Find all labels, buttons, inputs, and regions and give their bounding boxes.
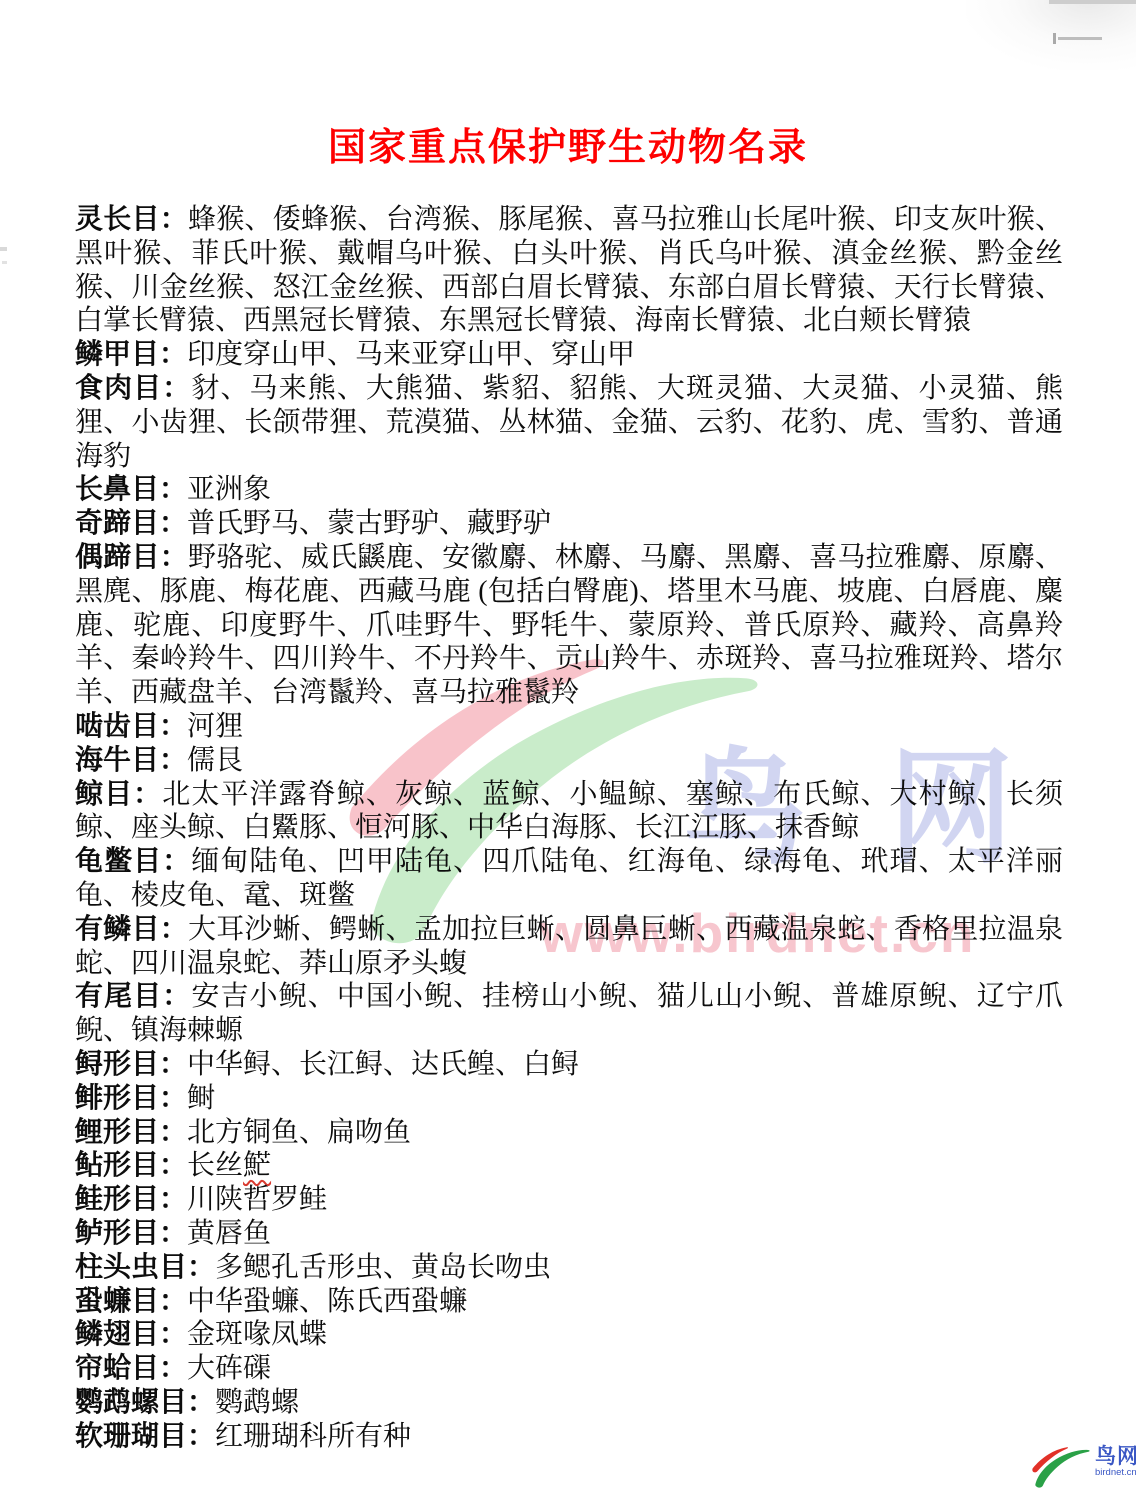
order-entry: 鲱形目：鲥 xyxy=(75,1082,1063,1116)
order-name: 柱头虫目： xyxy=(75,1252,215,1283)
order-name: 鲸目： xyxy=(75,779,162,810)
page-corner-artifact-line xyxy=(1058,37,1102,40)
left-edge-artifact xyxy=(2,261,7,264)
order-name: 鲟形目： xyxy=(75,1049,187,1080)
order-entry: 柱头虫目：多鳃孔舌形虫、黄岛长吻虫 xyxy=(75,1251,1063,1285)
species-text: 长丝 xyxy=(187,1150,243,1181)
page-corner-artifact-tick xyxy=(1053,33,1056,44)
order-entry: 鲈形目：黄唇鱼 xyxy=(75,1217,1063,1251)
order-entry: 有尾目：安吉小鲵、中国小鲵、挂榜山小鲵、猫儿山小鲵、普雄原鲵、辽宁爪鲵、镇海棘螈 xyxy=(75,980,1063,1048)
species-text: 金斑喙凤蝶 xyxy=(187,1319,327,1350)
logo-site-domain: birdnet.cn xyxy=(1095,1467,1136,1478)
order-entry: 海牛目：儒艮 xyxy=(75,744,1063,778)
order-name: 帘蛤目： xyxy=(75,1353,187,1384)
order-name: 龟鳖目： xyxy=(75,846,191,877)
left-edge-artifact xyxy=(0,247,7,251)
page-corner-artifact-line xyxy=(1049,0,1136,4)
order-entry: 偶蹄目：野骆驼、威氏鼷鹿、安徽麝、林麝、马麝、黑麝、喜马拉雅麝、原麝、黑麂、豚鹿… xyxy=(75,541,1063,710)
species-text: 安吉小鲵、中国小鲵、挂榜山小鲵、猫儿山小鲵、普雄原鲵、辽宁爪鲵、镇海棘螈 xyxy=(75,981,1063,1046)
order-entry: 啮齿目：河狸 xyxy=(75,710,1063,744)
species-text: 中华蛩蠊、陈氏西蛩蠊 xyxy=(187,1286,467,1317)
species-text: 普氏野马、蒙古野驴、藏野驴 xyxy=(187,508,551,539)
species-list: 灵长目：蜂猴、倭蜂猴、台湾猴、豚尾猴、喜马拉雅山长尾叶猴、印支灰叶猴、黑叶猴、菲… xyxy=(75,203,1063,1453)
order-entry: 鲑形目：川陕哲罗鲑 xyxy=(75,1183,1063,1217)
species-text: 红珊瑚科所有种 xyxy=(215,1421,411,1452)
logo-text-block: 鸟网 birdnet.cn xyxy=(1095,1445,1136,1478)
order-name: 有尾目： xyxy=(75,981,191,1012)
order-name: 鹦鹉螺目： xyxy=(75,1387,215,1418)
species-text: 鹦鹉螺 xyxy=(215,1387,299,1418)
order-entry: 鳞甲目：印度穿山甲、马来亚穿山甲、穿山甲 xyxy=(75,338,1063,372)
species-text: 黄唇鱼 xyxy=(187,1218,271,1249)
order-name: 长鼻目： xyxy=(75,474,187,505)
species-text-wavy-underlined: 𩷶 xyxy=(243,1150,271,1181)
order-name: 偶蹄目： xyxy=(75,542,188,573)
order-name: 鲇形目： xyxy=(75,1150,187,1181)
species-text: 儒艮 xyxy=(187,745,243,776)
order-entry: 帘蛤目：大砗磲 xyxy=(75,1352,1063,1386)
order-name: 蛩蠊目： xyxy=(75,1286,187,1317)
order-entry: 鲸目：北太平洋露脊鲸、灰鲸、蓝鲸、小鳁鲸、塞鲸、布氏鲸、大村鲸、长须鲸、座头鲸、… xyxy=(75,778,1063,846)
species-text: 缅甸陆龟、凹甲陆龟、四爪陆龟、红海龟、绿海龟、玳瑁、太平洋丽龟、棱皮龟、鼋、斑鳖 xyxy=(75,846,1063,911)
order-name: 啮齿目： xyxy=(75,711,187,742)
order-entry: 鲤形目：北方铜鱼、扁吻鱼 xyxy=(75,1116,1063,1150)
order-entry: 灵长目：蜂猴、倭蜂猴、台湾猴、豚尾猴、喜马拉雅山长尾叶猴、印支灰叶猴、黑叶猴、菲… xyxy=(75,203,1063,338)
species-text: 鲥 xyxy=(187,1083,215,1114)
order-name: 食肉目： xyxy=(75,373,191,404)
order-name: 鲑形目： xyxy=(75,1184,187,1215)
species-text: 北太平洋露脊鲸、灰鲸、蓝鲸、小鳁鲸、塞鲸、布氏鲸、大村鲸、长须鲸、座头鲸、白鱀豚… xyxy=(75,779,1063,844)
species-text: 河狸 xyxy=(187,711,243,742)
order-name: 奇蹄目： xyxy=(75,508,187,539)
document-title: 国家重点保护野生动物名录 xyxy=(0,116,1136,171)
order-entry: 龟鳖目：缅甸陆龟、凹甲陆龟、四爪陆龟、红海龟、绿海龟、玳瑁、太平洋丽龟、棱皮龟、… xyxy=(75,845,1063,913)
order-name: 鲈形目： xyxy=(75,1218,187,1249)
species-text: 蜂猴、倭蜂猴、台湾猴、豚尾猴、喜马拉雅山长尾叶猴、印支灰叶猴、黑叶猴、菲氏叶猴、… xyxy=(75,204,1063,336)
species-text: 豺、马来熊、大熊猫、紫貂、貂熊、大斑灵猫、大灵猫、小灵猫、熊狸、小齿狸、长颌带狸… xyxy=(75,373,1063,472)
species-text: 川陕哲罗鲑 xyxy=(187,1184,327,1215)
document-page: 鸟网 www.birdnet.cn 国家重点保护野生动物名录 灵长目：蜂猴、倭蜂… xyxy=(0,0,1136,1493)
species-text: 中华鲟、长江鲟、达氏鳇、白鲟 xyxy=(187,1049,579,1080)
order-name: 有鳞目： xyxy=(75,914,188,945)
species-text: 大砗磲 xyxy=(187,1353,271,1384)
order-name: 鳞甲目： xyxy=(75,339,187,370)
birdnet-logo: 鸟网 birdnet.cn xyxy=(1030,1438,1136,1493)
order-name: 海牛目： xyxy=(75,745,187,776)
order-entry: 软珊瑚目：红珊瑚科所有种 xyxy=(75,1420,1063,1454)
order-entry: 鹦鹉螺目：鹦鹉螺 xyxy=(75,1386,1063,1420)
order-entry: 奇蹄目：普氏野马、蒙古野驴、藏野驴 xyxy=(75,507,1063,541)
order-entry: 鲟形目：中华鲟、长江鲟、达氏鳇、白鲟 xyxy=(75,1048,1063,1082)
species-text: 多鳃孔舌形虫、黄岛长吻虫 xyxy=(215,1252,551,1283)
order-entry: 鲇形目：长丝𩷶 xyxy=(75,1149,1063,1183)
species-text: 北方铜鱼、扁吻鱼 xyxy=(187,1117,411,1148)
logo-site-name: 鸟网 xyxy=(1095,1445,1136,1467)
species-text: 印度穿山甲、马来亚穿山甲、穿山甲 xyxy=(187,339,635,370)
order-name: 鲱形目： xyxy=(75,1083,187,1114)
order-name: 软珊瑚目： xyxy=(75,1421,215,1452)
order-entry: 蛩蠊目：中华蛩蠊、陈氏西蛩蠊 xyxy=(75,1285,1063,1319)
species-text: 大耳沙蜥、鳄蜥、孟加拉巨蜥、圆鼻巨蜥、西藏温泉蛇、香格里拉温泉蛇、四川温泉蛇、莽… xyxy=(75,914,1063,979)
species-text: 亚洲象 xyxy=(187,474,271,505)
order-entry: 食肉目：豺、马来熊、大熊猫、紫貂、貂熊、大斑灵猫、大灵猫、小灵猫、熊狸、小齿狸、… xyxy=(75,372,1063,473)
species-text: 野骆驼、威氏鼷鹿、安徽麝、林麝、马麝、黑麝、喜马拉雅麝、原麝、黑麂、豚鹿、梅花鹿… xyxy=(75,542,1063,708)
order-entry: 鳞翅目：金斑喙凤蝶 xyxy=(75,1318,1063,1352)
page-corner-shadow xyxy=(966,0,1136,70)
order-entry: 有鳞目：大耳沙蜥、鳄蜥、孟加拉巨蜥、圆鼻巨蜥、西藏温泉蛇、香格里拉温泉蛇、四川温… xyxy=(75,913,1063,981)
order-entry: 长鼻目：亚洲象 xyxy=(75,473,1063,507)
order-name: 鳞翅目： xyxy=(75,1319,187,1350)
birdnet-swoosh-icon xyxy=(1030,1441,1096,1489)
order-name: 鲤形目： xyxy=(75,1117,187,1148)
order-name: 灵长目： xyxy=(75,204,188,235)
